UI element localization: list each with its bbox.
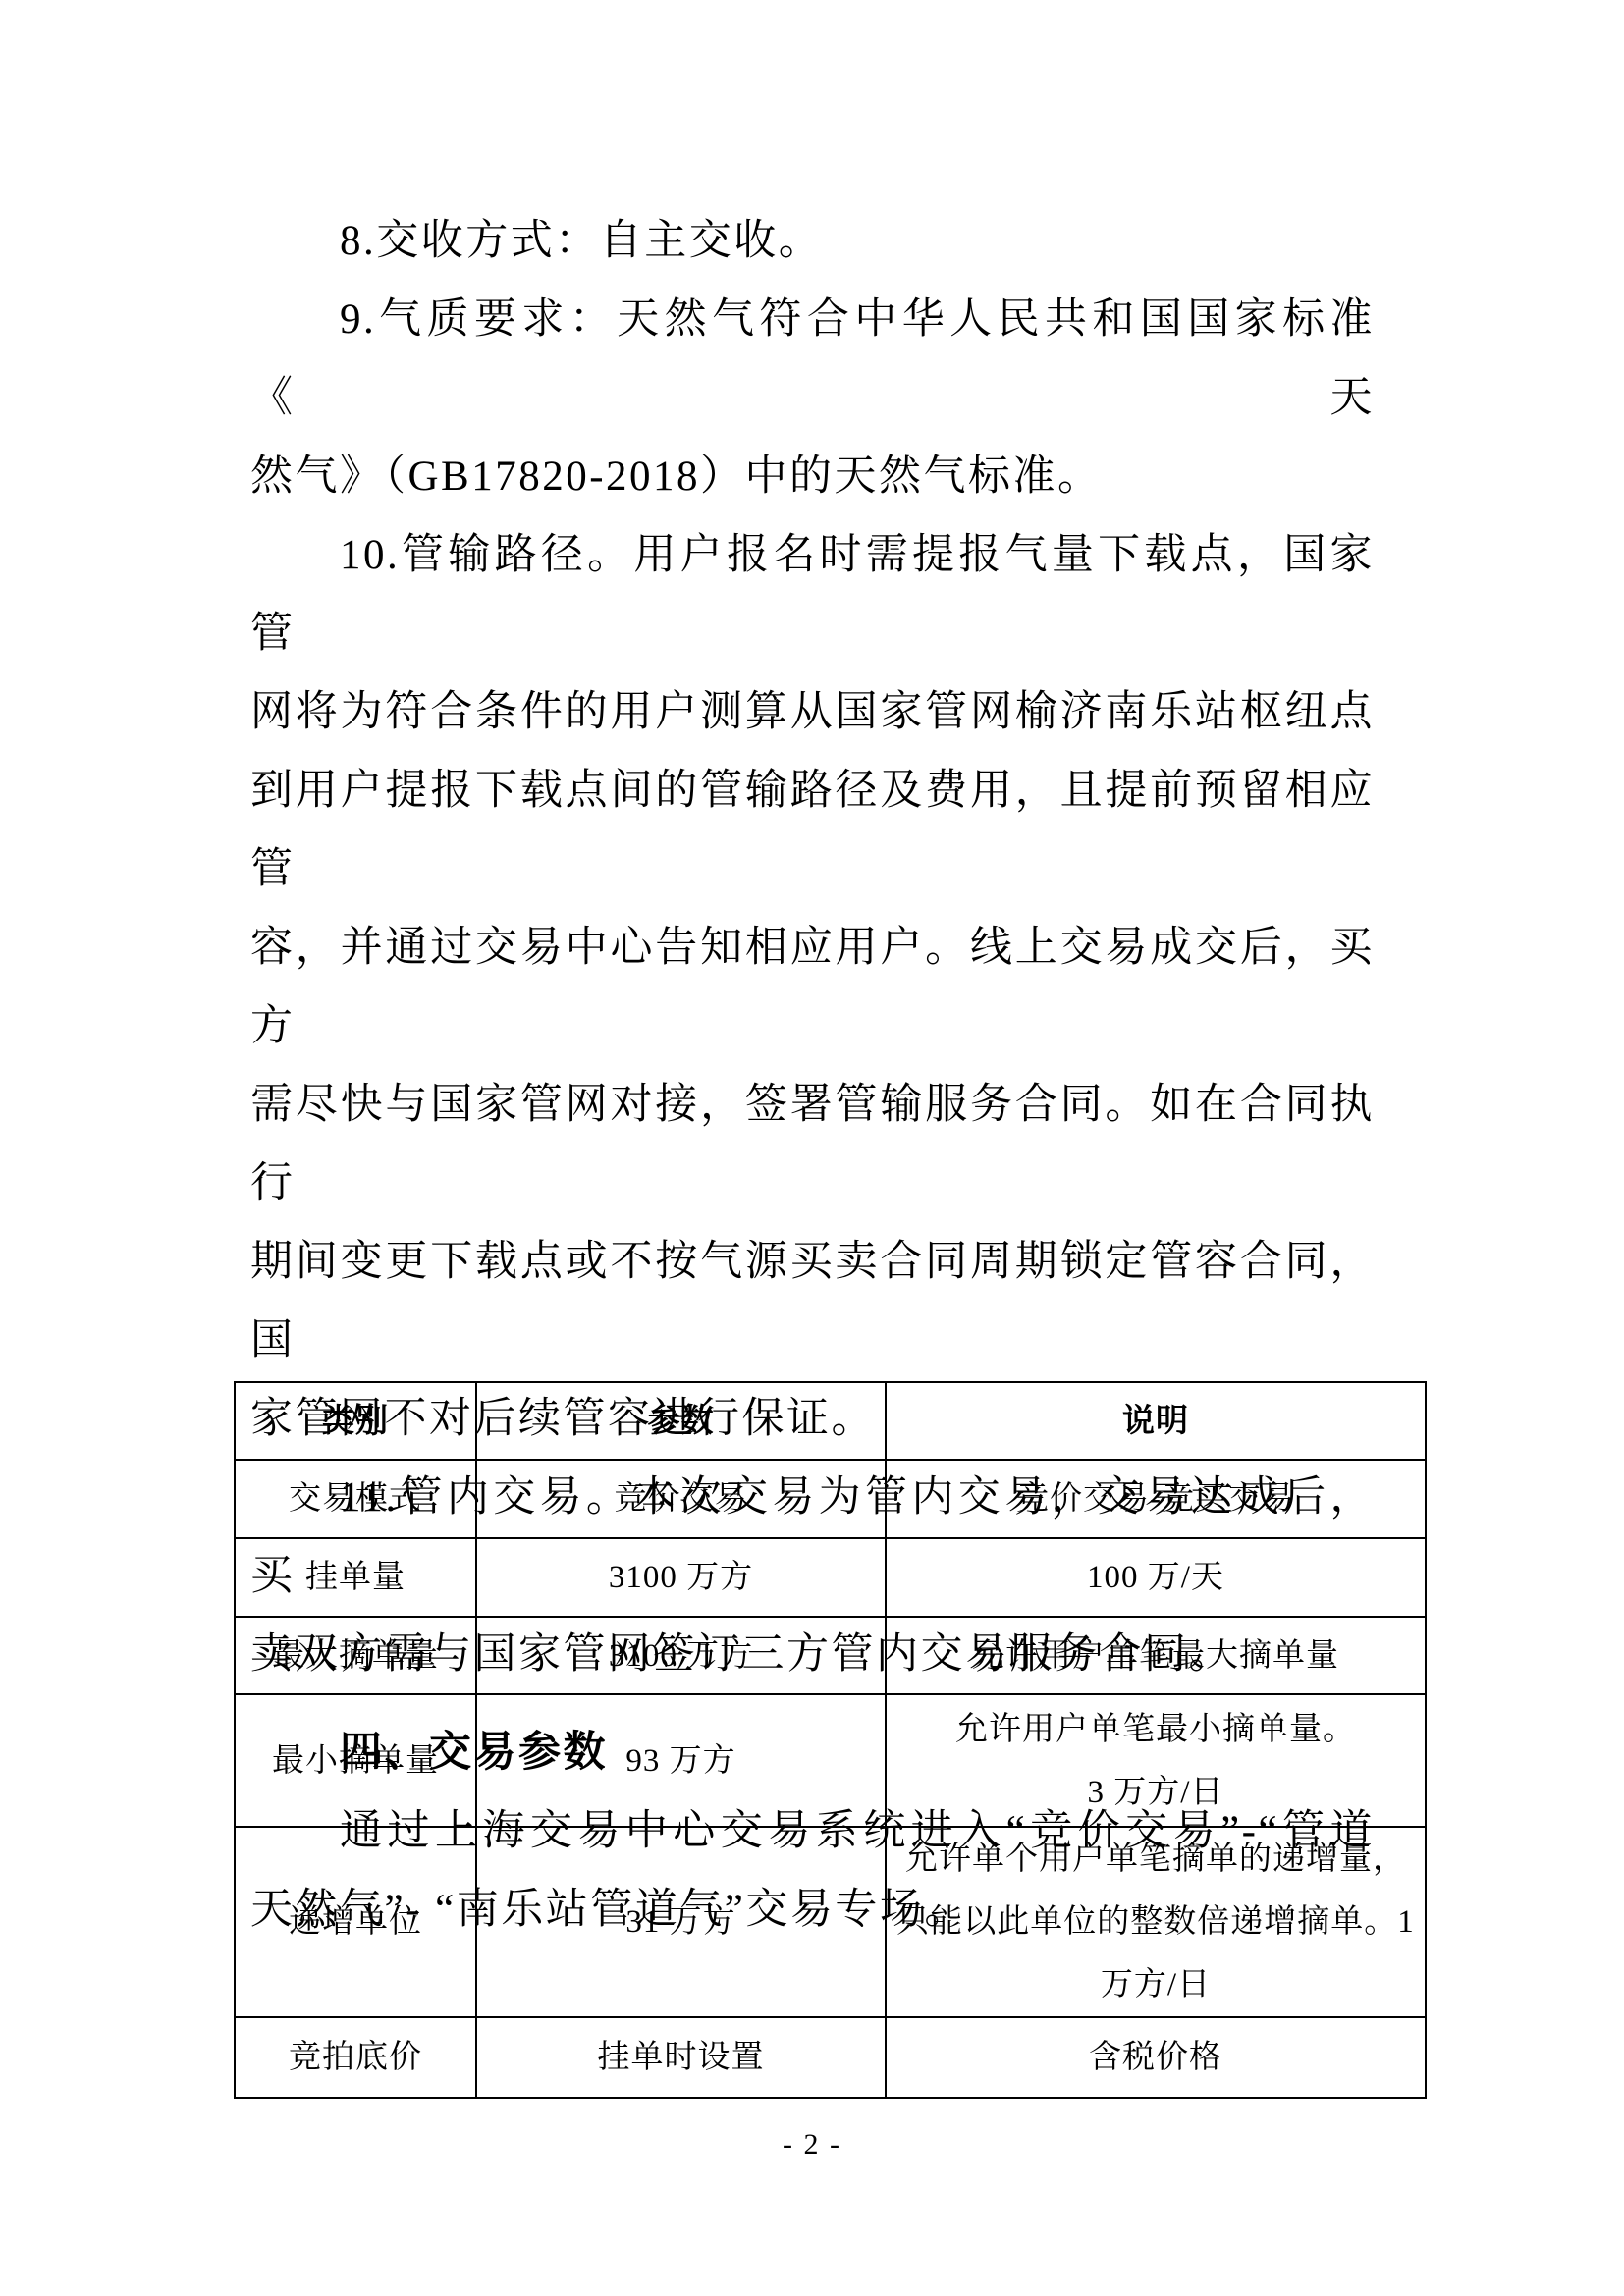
- header-category: 类别: [235, 1382, 476, 1460]
- cell-desc: 允许单个用户单笔摘单的递增量， 只能以此单位的整数倍递增摘单。1 万方/日: [886, 1827, 1426, 2017]
- desc-line: 允许用户单笔最小摘单量。: [887, 1698, 1425, 1761]
- table-row: 递增单位 31 万方 允许单个用户单笔摘单的递增量， 只能以此单位的整数倍递增摘…: [235, 1827, 1426, 2017]
- paragraph-line: 需尽快与国家管网对接，签署管输服务合同。如在合同执行: [250, 1066, 1375, 1223]
- cell-param: 93 万方: [476, 1694, 886, 1827]
- cell-category: 递增单位: [235, 1827, 476, 2017]
- parameters-table: 类别 参数 说明 交易模式 竞价交易 竞价交易-竞买交易 挂单量 3100 万方…: [234, 1381, 1427, 2099]
- cell-desc: 允许用户单笔最大摘单量: [886, 1617, 1426, 1694]
- desc-line: 万方/日: [887, 1953, 1425, 2016]
- desc-line: 允许单个用户单笔摘单的递增量，: [887, 1828, 1425, 1891]
- cell-desc: 允许用户单笔最小摘单量。 3 万方/日: [886, 1694, 1426, 1827]
- cell-param: 挂单时设置: [476, 2017, 886, 2098]
- desc-line: 只能以此单位的整数倍递增摘单。1: [887, 1891, 1425, 1953]
- desc-line: 含税价格: [887, 2026, 1425, 2089]
- paragraph-line: 8.交收方式：自主交收。: [250, 202, 1375, 281]
- page-number: - 2 -: [0, 2128, 1624, 2162]
- cell-param: 竞价交易: [476, 1460, 886, 1538]
- cell-category: 挂单量: [235, 1538, 476, 1617]
- cell-desc: 含税价格: [886, 2017, 1426, 2098]
- table-row: 最大摘单量 3100 万方 允许用户单笔最大摘单量: [235, 1617, 1426, 1694]
- desc-line: 3 万方/日: [887, 1761, 1425, 1824]
- paragraph-line: 期间变更下载点或不按气源买卖合同周期锁定管容合同，国: [250, 1223, 1375, 1380]
- paragraph-line: 9.气质要求：天然气符合中华人民共和国国家标准《天: [250, 281, 1375, 438]
- header-desc: 说明: [886, 1382, 1426, 1460]
- table-row: 挂单量 3100 万方 100 万/天: [235, 1538, 1426, 1617]
- desc-line: 允许用户单笔最大摘单量: [887, 1625, 1425, 1687]
- cell-desc: 竞价交易-竞买交易: [886, 1460, 1426, 1538]
- cell-param: 3100 万方: [476, 1617, 886, 1694]
- table-row: 交易模式 竞价交易 竞价交易-竞买交易: [235, 1460, 1426, 1538]
- cell-category: 最小摘单量: [235, 1694, 476, 1827]
- table-header-row: 类别 参数 说明: [235, 1382, 1426, 1460]
- paragraph-line: 网将为符合条件的用户测算从国家管网榆济南乐站枢纽点: [250, 673, 1375, 752]
- document-page: 8.交收方式：自主交收。 9.气质要求：天然气符合中华人民共和国国家标准《天 然…: [0, 0, 1624, 2296]
- cell-category: 交易模式: [235, 1460, 476, 1538]
- desc-line: 100 万/天: [887, 1546, 1425, 1609]
- table-row: 竞拍底价 挂单时设置 含税价格: [235, 2017, 1426, 2098]
- table-row: 最小摘单量 93 万方 允许用户单笔最小摘单量。 3 万方/日: [235, 1694, 1426, 1827]
- cell-category: 竞拍底价: [235, 2017, 476, 2098]
- cell-category: 最大摘单量: [235, 1617, 476, 1694]
- cell-param: 31 万方: [476, 1827, 886, 2017]
- cell-desc: 100 万/天: [886, 1538, 1426, 1617]
- paragraph-line: 10.管输路径。用户报名时需提报气量下载点，国家管: [250, 516, 1375, 673]
- cell-param: 3100 万方: [476, 1538, 886, 1617]
- paragraph-line: 容，并通过交易中心告知相应用户。线上交易成交后，买方: [250, 909, 1375, 1066]
- header-param: 参数: [476, 1382, 886, 1460]
- paragraph-line: 到用户提报下载点间的管输路径及费用，且提前预留相应管: [250, 752, 1375, 909]
- desc-line: 竞价交易-竞买交易: [887, 1468, 1425, 1530]
- paragraph-line: 然气》（GB17820-2018）中的天然气标准。: [250, 438, 1375, 516]
